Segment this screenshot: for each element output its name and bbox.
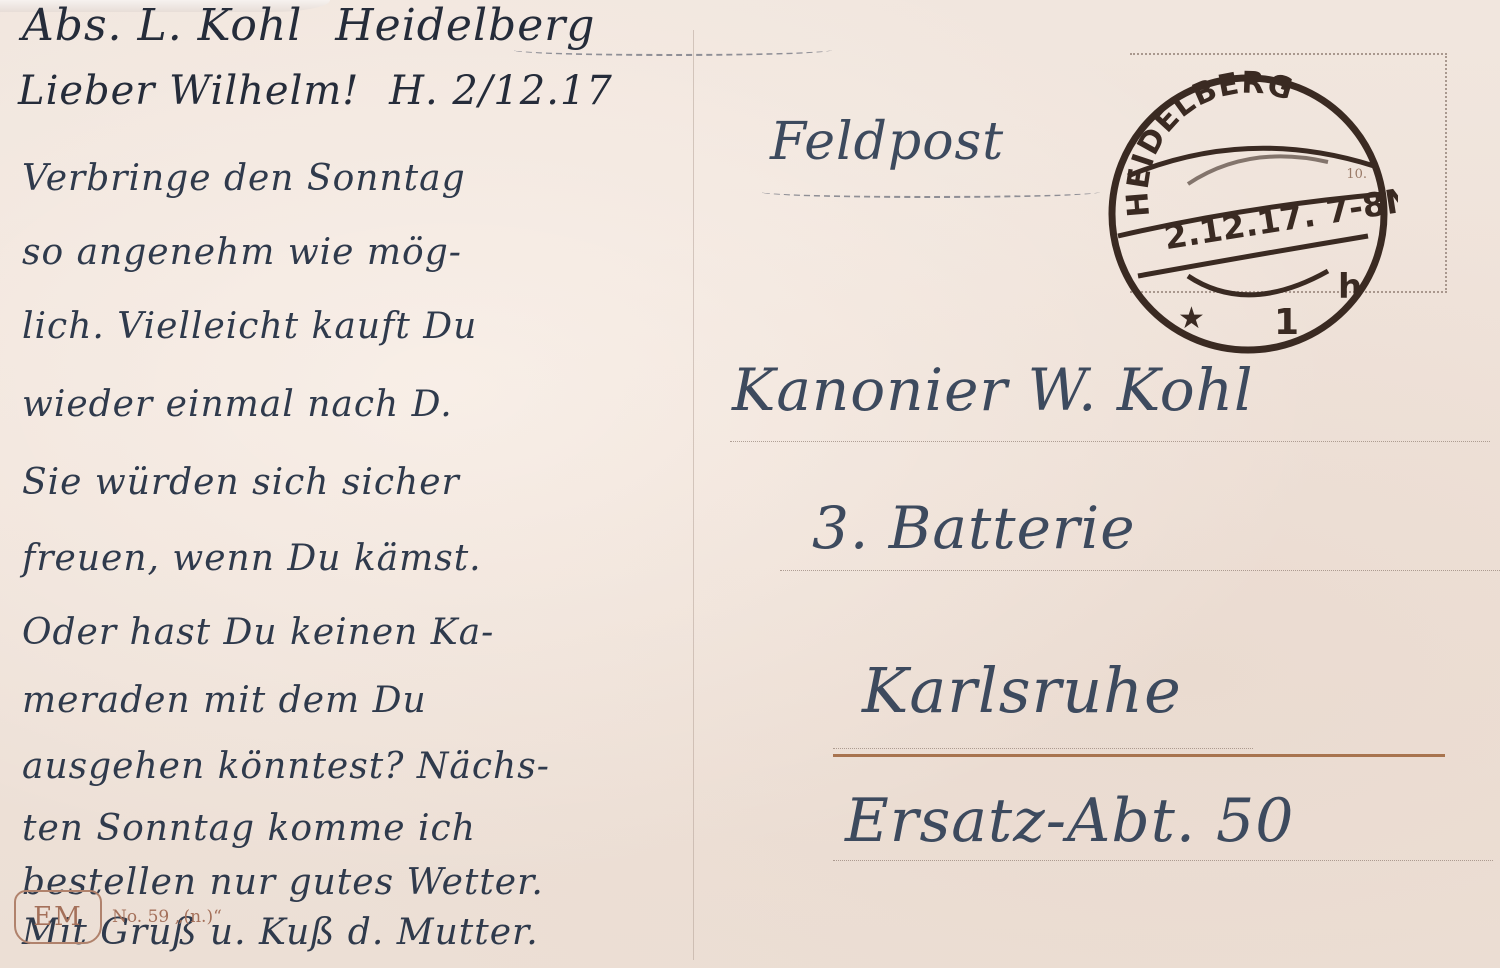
- letter-line: ten Sonntag komme ich: [22, 808, 476, 849]
- letter-line: freuen, wenn Du kämst.: [22, 538, 482, 579]
- postmark-city: HEIDELBERG: [1120, 66, 1297, 218]
- address-line-4: [833, 860, 1493, 861]
- salutation: Lieber Wilhelm!: [18, 68, 359, 114]
- postmark-datetime: 2.12.17. 7-8N: [1161, 179, 1398, 257]
- postmark-icon: HEIDELBERG 2.12.17. 7-8N ★ 1 h: [1098, 66, 1398, 356]
- svg-text:HEIDELBERG: HEIDELBERG: [1120, 66, 1297, 218]
- letter-line: Oder hast Du keinen Ka-: [22, 612, 494, 653]
- address-line-1: [730, 441, 1490, 442]
- center-divider-line: [693, 30, 694, 960]
- letter-line: so angenehm wie mög-: [22, 232, 462, 273]
- address-city-rule: [833, 754, 1445, 757]
- letter-line: ausgehen könntest? Nächs-: [22, 746, 550, 787]
- address-city: Karlsruhe: [862, 654, 1182, 727]
- letter-date: H. 2/12.17: [389, 68, 613, 114]
- address-detail: Ersatz-Abt. 50: [845, 786, 1294, 856]
- letter-line: Sie würden sich sicher: [22, 462, 460, 503]
- feldpost-marking: Feldpost: [770, 112, 1004, 172]
- postmark-letter: h: [1338, 267, 1362, 307]
- salutation-line: Lieber Wilhelm! H. 2/12.17: [18, 68, 613, 114]
- publisher-imprint: EM No. 59 „(n.)“: [14, 890, 222, 944]
- address-recipient: Kanonier W. Kohl: [732, 356, 1254, 424]
- postmark-star: ★: [1178, 301, 1205, 336]
- letter-line: wieder einmal nach D.: [22, 384, 453, 425]
- address-line-3: [833, 748, 1253, 749]
- publisher-logo: EM: [14, 890, 102, 944]
- sender-place-underline: [512, 44, 832, 56]
- letter-line: meraden mit dem Du: [22, 680, 427, 721]
- postmark: HEIDELBERG 2.12.17. 7-8N ★ 1 h: [1098, 66, 1398, 356]
- letter-line: Verbringe den Sonntag: [22, 158, 466, 199]
- letter-line: lich. Vielleicht kauft Du: [22, 306, 477, 347]
- address-unit: 3. Batterie: [812, 494, 1136, 562]
- feldpost-underline: [760, 186, 1100, 198]
- postcard: Abs. L. Kohl Heidelberg Lieber Wilhelm! …: [0, 0, 1500, 968]
- sender-prefix: Abs. L. Kohl: [22, 0, 302, 51]
- address-line-2: [780, 570, 1500, 571]
- sender-line: Abs. L. Kohl Heidelberg: [22, 0, 595, 51]
- sender-place: Heidelberg: [335, 0, 595, 51]
- publisher-code: No. 59 „(n.)“: [112, 907, 222, 927]
- postmark-office-number: 1: [1274, 302, 1299, 343]
